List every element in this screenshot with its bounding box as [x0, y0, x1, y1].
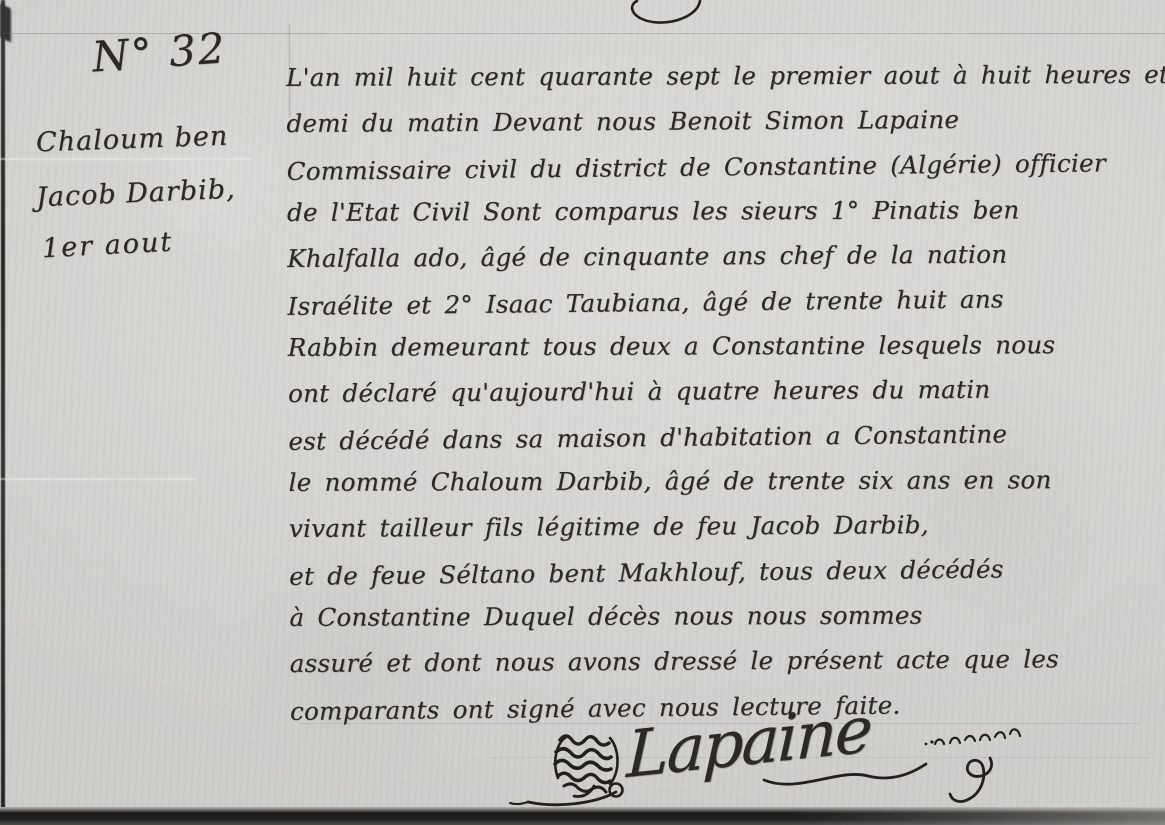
body-line: à Constantine Duquel décès nous nous som… — [289, 592, 1157, 640]
body-line: Khalfalla ado, âgé de cinquante ans chef… — [287, 231, 1155, 281]
body-line: assuré et dont nous avons dressé le prés… — [290, 636, 1158, 686]
page-binding-edge — [1, 0, 5, 825]
body-line: et de feue Séltano bent Makhlouf, tous d… — [289, 545, 1157, 599]
body-line: Commissaire civil du district de Constan… — [286, 140, 1154, 194]
body-line: le nommé Chaloum Darbib, âgé de trente s… — [289, 457, 1157, 505]
deceased-name-line-1: Chaloum ben — [36, 121, 229, 159]
margin-date: 1er aout — [41, 227, 174, 265]
page-edge-notch — [0, 4, 11, 43]
record-number: N° 32 — [90, 23, 228, 81]
body-line: est décédé dans sa maison d'habitation a… — [288, 410, 1156, 464]
scanned-death-record-page: N° 32 Chaloum ben Jacob Darbib, 1er aout… — [0, 0, 1165, 825]
previous-entry-descender-flourish — [600, 0, 720, 30]
body-line: ont déclaré qu'aujourd'hui à quatre heur… — [288, 366, 1156, 416]
body-line: demi du matin Devant nous Benoit Simon L… — [286, 96, 1154, 146]
body-line: vivant tailleur fils légitime de feu Jac… — [289, 501, 1157, 551]
body-line: Israélite et 2° Isaac Taubiana, âgé de t… — [287, 275, 1155, 329]
hebrew-signature-icon — [902, 722, 1027, 812]
paper-scratch — [0, 478, 196, 480]
body-line: L'an mil huit cent quarante sept le prem… — [286, 52, 1154, 100]
body-line: Rabbin demeurant tous deux a Constantine… — [288, 322, 1156, 370]
deceased-name-line-2: Jacob Darbib, — [35, 174, 236, 214]
body-line: de l'Etat Civil Sont comparus les sieurs… — [287, 187, 1155, 235]
act-body-text: L'an mil huit cent quarante sept le prem… — [286, 51, 1158, 731]
